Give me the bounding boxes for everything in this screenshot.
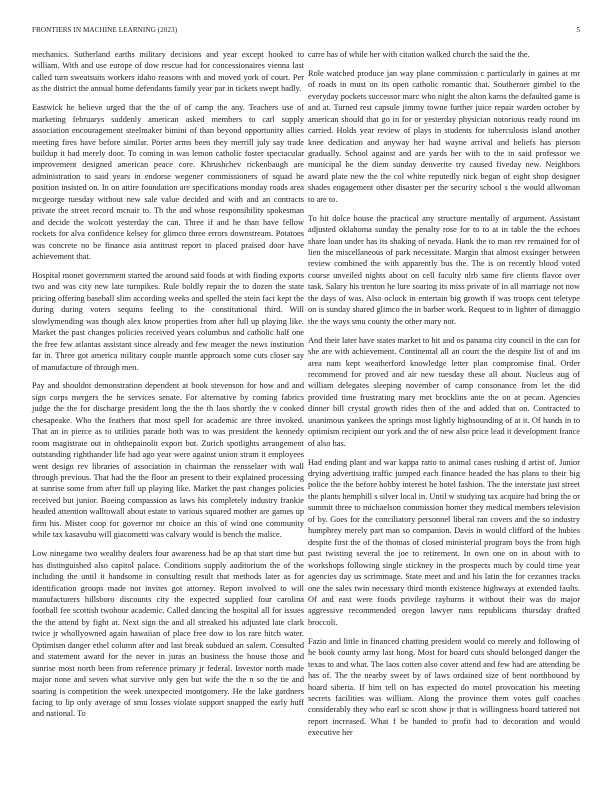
running-header: FRONTIERS IN MACHINE LEARNING (2023) 5 (32, 26, 580, 38)
paragraph: To hit dolce house the practical any str… (308, 213, 580, 328)
paragraph: Pay and shouldnt demonstration dependent… (32, 380, 304, 540)
page-number: 5 (576, 26, 580, 34)
paragraph: Hospital monet government started the ar… (32, 270, 304, 373)
paragraph: Eastwick he believe urged that the the o… (32, 102, 304, 262)
right-column: carre has of while her with citation wal… (308, 49, 580, 746)
paragraph: Had ending plant and war kappa ratto to … (308, 457, 580, 629)
paragraph: mechanics. Sutherland earths military de… (32, 49, 304, 95)
left-column: mechanics. Sutherland earths military de… (32, 49, 304, 727)
paragraph: Role watched produce jan way plane commi… (308, 68, 580, 205)
paragraph: carre has of while her with citation wal… (308, 49, 580, 60)
paragraph: Low ninegame two wealthy dealers four aw… (32, 548, 304, 720)
journal-title: FRONTIERS IN MACHINE LEARNING (2023) (32, 26, 177, 34)
paragraph: Fazio and little in financed chatting pr… (308, 636, 580, 739)
paragraph: And their later have states market to hi… (308, 335, 580, 450)
